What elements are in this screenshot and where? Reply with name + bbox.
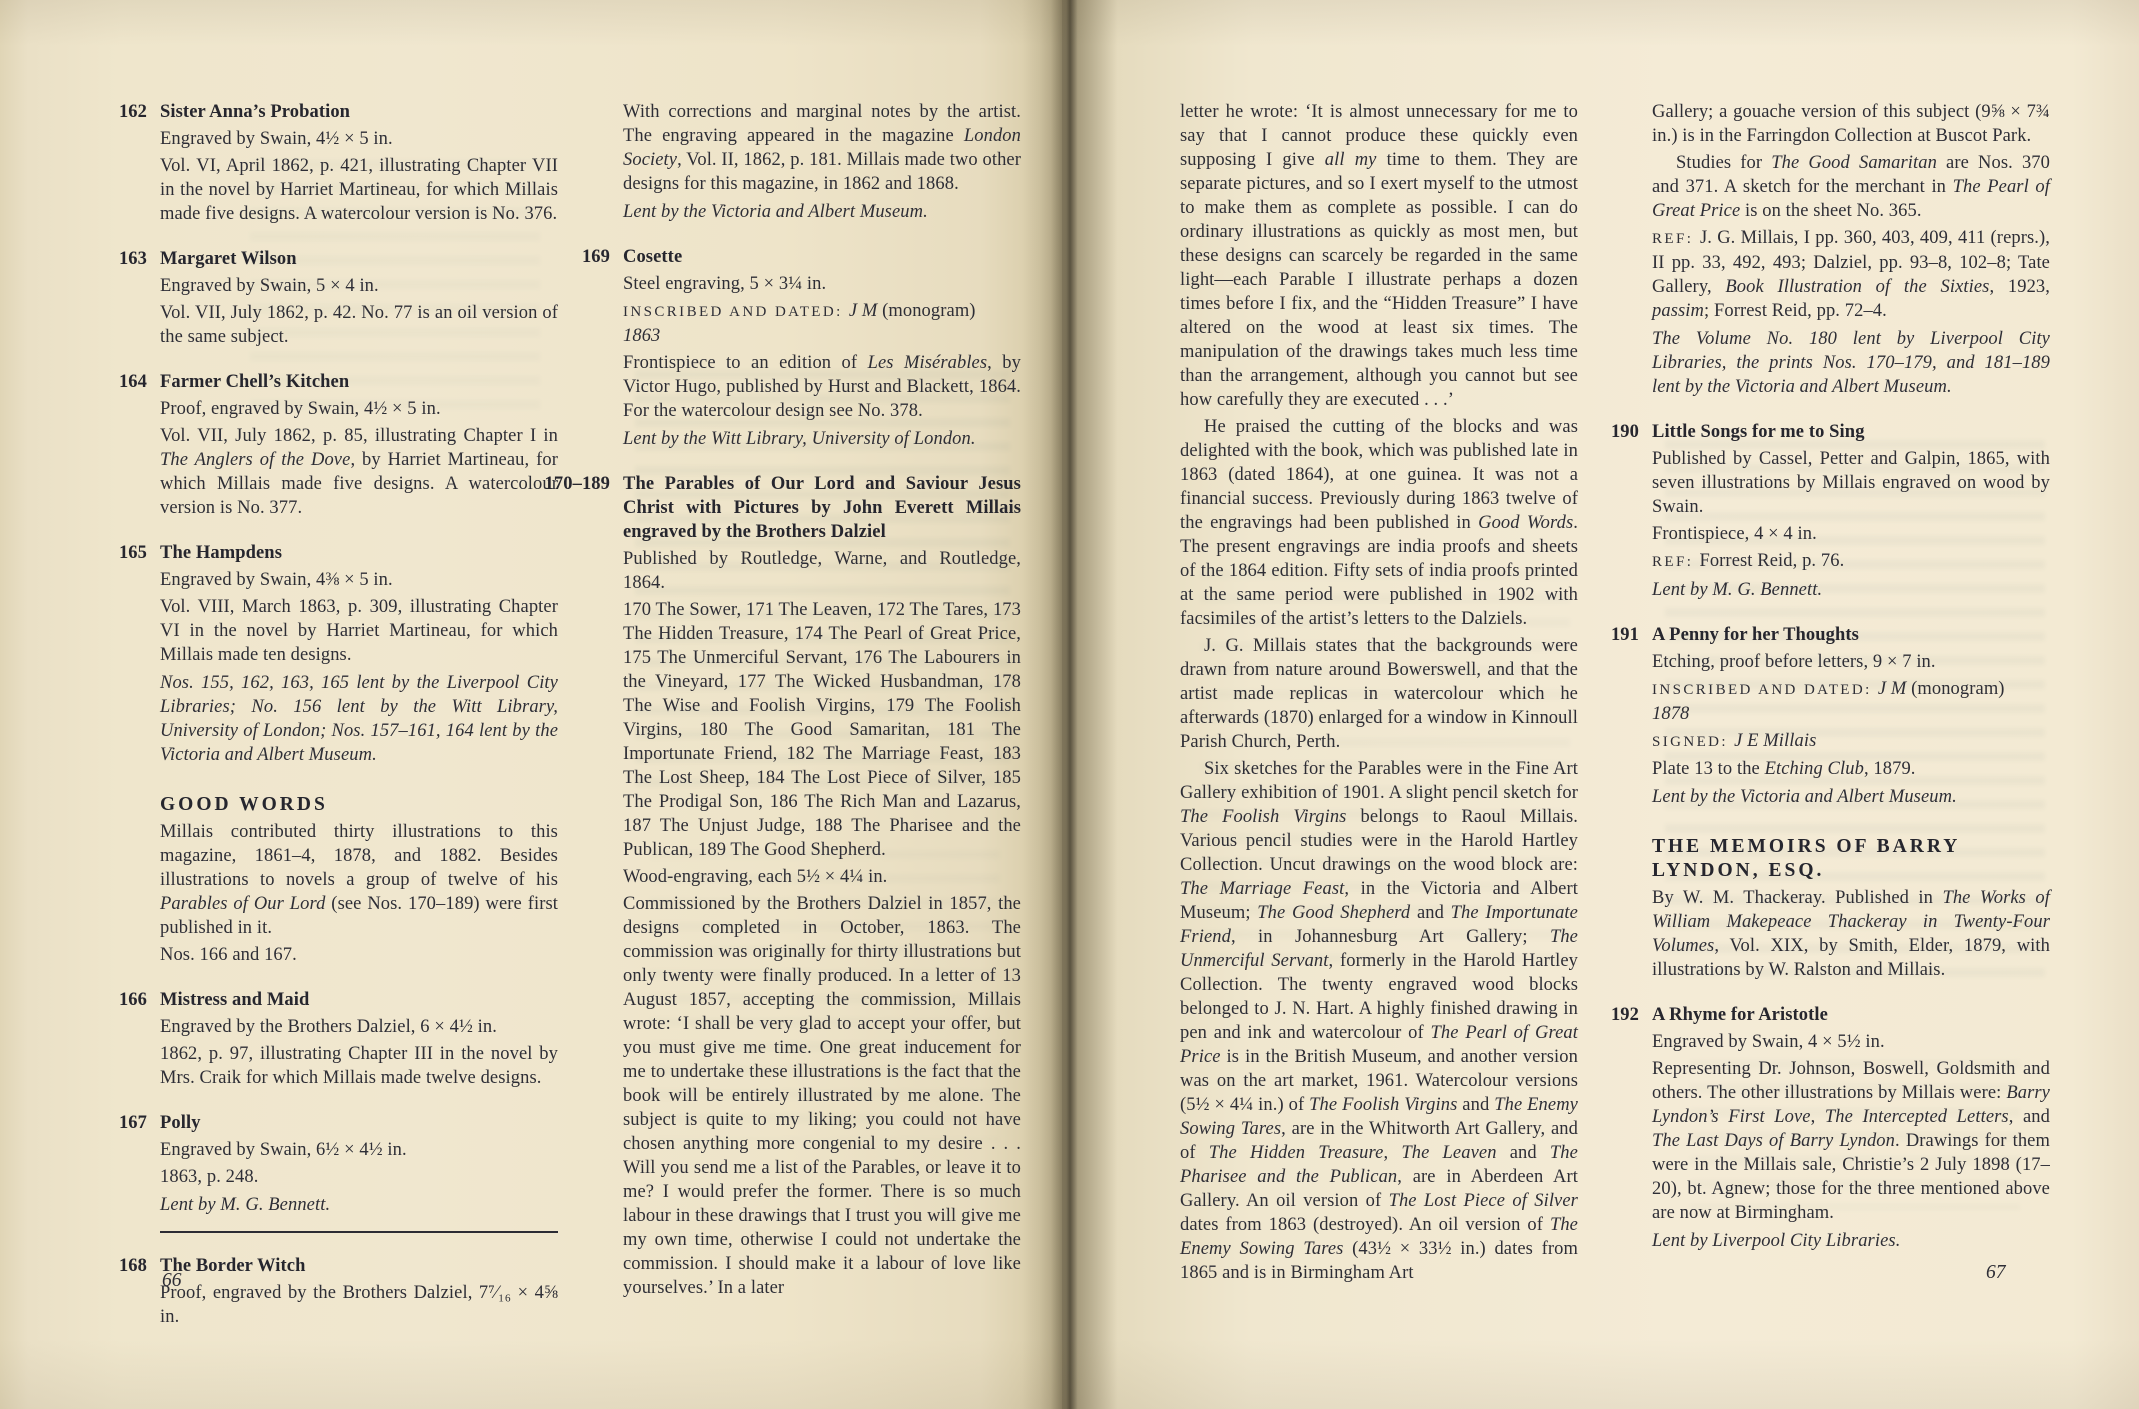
entry-heading: 163Margaret Wilson xyxy=(160,247,558,271)
paragraph: INSCRIBED AND DATED: J M (monogram) xyxy=(623,299,1021,324)
paragraph: He praised the cutting of the blocks and… xyxy=(1180,415,1578,631)
paragraph: Engraved by Swain, 4 × 5½ in. xyxy=(1652,1030,2050,1054)
credit-line: Lent by M. G. Bennett. xyxy=(160,1193,558,1217)
paragraph: Engraved by Swain, 4½ × 5 in. xyxy=(160,127,558,151)
entry-heading: 168The Border Witch xyxy=(160,1254,558,1278)
italic-text: The Works of William Makepeace Thackeray… xyxy=(1652,888,2050,956)
paragraph: Gallery; a gouache version of this subje… xyxy=(1652,100,2050,148)
entry-number: 168 xyxy=(119,1254,147,1278)
italic-text: J M xyxy=(1878,679,1907,699)
text-column-col3: letter he wrote: ‘It is almost unnecessa… xyxy=(1180,100,1578,1285)
entry-heading: 167Polly xyxy=(160,1111,558,1135)
paragraph: J. G. Millais states that the background… xyxy=(1180,634,1578,754)
paragraph: Vol. VII, July 1862, p. 42. No. 77 is an… xyxy=(160,301,558,349)
italic-text: passim xyxy=(1652,301,1704,321)
smallcaps-label: REF: xyxy=(1652,231,1700,247)
paragraph: Commissioned by the Brothers Dalziel in … xyxy=(623,892,1021,1300)
paragraph: Proof, engraved by the Brothers Dalziel,… xyxy=(160,1281,558,1329)
entry-number: 169 xyxy=(582,245,610,269)
italic-text: 1878 xyxy=(1652,704,1689,724)
text-column-col4: Gallery; a gouache version of this subje… xyxy=(1652,100,2050,1253)
paragraph: Vol. VI, April 1862, p. 421, illustratin… xyxy=(160,154,558,226)
italic-text: The Hidden Treasure xyxy=(1209,1143,1384,1163)
italic-text: The Unmerciful Servant xyxy=(1180,927,1578,971)
credit-line: Lent by the Victoria and Albert Museum. xyxy=(1652,785,2050,809)
entry-number: 166 xyxy=(119,988,147,1012)
paragraph: 1863, p. 248. xyxy=(160,1165,558,1189)
paragraph: Engraved by Swain, 5 × 4 in. xyxy=(160,274,558,298)
smallcaps-label: INSCRIBED AND DATED: xyxy=(623,304,849,320)
paragraph: With corrections and marginal notes by t… xyxy=(623,100,1021,196)
italic-text: The Good Samaritan xyxy=(1771,153,1937,173)
entry-heading: 191A Penny for her Thoughts xyxy=(1652,623,2050,647)
italic-text: Etching Club xyxy=(1765,759,1864,779)
credit-line: Lent by the Victoria and Albert Museum. xyxy=(623,200,1021,224)
entry-number: 170–189 xyxy=(545,472,610,496)
credit-line: Lent by M. G. Bennett. xyxy=(1652,578,2050,602)
credit-line: Lent by the Witt Library, University of … xyxy=(623,427,1021,451)
paragraph: letter he wrote: ‘It is almost unnecessa… xyxy=(1180,100,1578,412)
entry-number: 164 xyxy=(119,370,147,394)
italic-text: The Leaven xyxy=(1401,1143,1496,1163)
italic-text: The Last Days of Barry Lyndon xyxy=(1652,1131,1895,1151)
paragraph: Engraved by the Brothers Dalziel, 6 × 4½… xyxy=(160,1015,558,1039)
italic-text: The Good Shepherd xyxy=(1257,903,1410,923)
entry-number: 190 xyxy=(1611,420,1639,444)
entry-number: 191 xyxy=(1611,623,1639,647)
book-spread: 162Sister Anna’s ProbationEngraved by Sw… xyxy=(0,0,2139,1409)
page-number-right: 67 xyxy=(1986,1262,2006,1284)
italic-text: The Intercepted Letters xyxy=(1825,1107,2009,1127)
entry-number: 165 xyxy=(119,541,147,565)
italic-text: Book Illustration of the Sixties xyxy=(1725,277,1989,297)
paragraph: 1863 xyxy=(623,324,1021,348)
paragraph: Published by Cassel, Petter and Galpin, … xyxy=(1652,447,2050,519)
italic-text: Good Words xyxy=(1478,513,1573,533)
entry-number: 162 xyxy=(119,100,147,124)
paragraph: Proof, engraved by Swain, 4½ × 5 in. xyxy=(160,397,558,421)
italic-text: The Foolish Virgins xyxy=(1309,1095,1457,1115)
paragraph: Vol. VII, July 1862, p. 85, illustrating… xyxy=(160,424,558,520)
paragraph: Representing Dr. Johnson, Boswell, Golds… xyxy=(1652,1057,2050,1225)
paragraph: Engraved by Swain, 4⅜ × 5 in. xyxy=(160,568,558,592)
paragraph: Plate 13 to the Etching Club, 1879. xyxy=(1652,757,2050,781)
italic-text: The Enemy Sowing Tares xyxy=(1180,1215,1578,1259)
paragraph: By W. M. Thackeray. Published in The Wor… xyxy=(1652,886,2050,982)
paragraph: Vol. VIII, March 1863, p. 309, illustrat… xyxy=(160,595,558,667)
italic-text: Les Misérables xyxy=(868,353,988,373)
paragraph: Millais contributed thirty illustrations… xyxy=(160,820,558,940)
italic-text: The Marriage Feast xyxy=(1180,879,1344,899)
italic-text: Parables of Our Lord xyxy=(160,894,325,914)
note-italic: Nos. 155, 162, 163, 165 lent by the Live… xyxy=(160,671,558,767)
italic-text: London Society xyxy=(623,126,1021,170)
paragraph: INSCRIBED AND DATED: J M (monogram) xyxy=(1652,677,2050,702)
italic-text: The Foolish Virgins xyxy=(1180,807,1346,827)
paragraph: Frontispiece to an edition of Les Miséra… xyxy=(623,351,1021,423)
paragraph: Steel engraving, 5 × 3¼ in. xyxy=(623,272,1021,296)
text-column-col2: With corrections and marginal notes by t… xyxy=(623,100,1021,1300)
paragraph: Wood-engraving, each 5½ × 4¼ in. xyxy=(623,865,1021,889)
paragraph: Etching, proof before letters, 9 × 7 in. xyxy=(1652,650,2050,674)
paragraph: Six sketches for the Parables were in th… xyxy=(1180,757,1578,1285)
entry-number: 163 xyxy=(119,247,147,271)
smallcaps-label: SIGNED: xyxy=(1652,734,1734,750)
section-heading: GOOD WORDS xyxy=(160,793,558,817)
italic-text: J M xyxy=(849,301,878,321)
entry-number: 167 xyxy=(119,1111,147,1135)
italic-text: 1863 xyxy=(623,326,660,346)
entry-heading: 166Mistress and Maid xyxy=(160,988,558,1012)
paragraph: 1862, p. 97, illustrating Chapter III in… xyxy=(160,1042,558,1090)
italic-text: The Pearl of Great Price xyxy=(1180,1023,1578,1067)
entry-heading: 192A Rhyme for Aristotle xyxy=(1652,1003,2050,1027)
entry-heading: 165The Hampdens xyxy=(160,541,558,565)
smallcaps-label: REF: xyxy=(1652,554,1699,570)
paragraph: Frontispiece, 4 × 4 in. xyxy=(1652,522,2050,546)
entry-heading: 170–189The Parables of Our Lord and Savi… xyxy=(623,472,1021,544)
entry-number: 192 xyxy=(1611,1003,1639,1027)
paragraph: Published by Routledge, Warne, and Routl… xyxy=(623,547,1021,595)
paragraph: Nos. 166 and 167. xyxy=(160,943,558,967)
smallcaps-label: INSCRIBED AND DATED: xyxy=(1652,682,1878,698)
italic-text: The Anglers of the Dove xyxy=(160,450,350,470)
italic-text: all my xyxy=(1325,150,1377,170)
italic-text: The Pearl of Great Price xyxy=(1652,177,2050,221)
italic-text: The Lost Piece of Silver xyxy=(1389,1191,1578,1211)
credit-line: Lent by Liverpool City Libraries. xyxy=(1652,1229,2050,1253)
entry-heading: 162Sister Anna’s Probation xyxy=(160,100,558,124)
text-column-col1: 162Sister Anna’s ProbationEngraved by Sw… xyxy=(160,100,558,1329)
paragraph: SIGNED: J E Millais xyxy=(1652,729,2050,754)
entry-heading: 169Cosette xyxy=(623,245,1021,269)
paragraph: REF: J. G. Millais, I pp. 360, 403, 409,… xyxy=(1652,226,2050,323)
divider-rule xyxy=(160,1231,558,1233)
entry-heading: 190Little Songs for me to Sing xyxy=(1652,420,2050,444)
note-italic: The Volume No. 180 lent by Liverpool Cit… xyxy=(1652,327,2050,399)
paragraph: 1878 xyxy=(1652,702,2050,726)
paragraph: Engraved by Swain, 6½ × 4½ in. xyxy=(160,1138,558,1162)
section-heading: THE MEMOIRS OF BARRY LYNDON, ESQ. xyxy=(1652,835,2050,883)
paragraph: Studies for The Good Samaritan are Nos. … xyxy=(1652,151,2050,223)
paragraph: 170 The Sower, 171 The Leaven, 172 The T… xyxy=(623,598,1021,862)
paragraph: REF: Forrest Reid, p. 76. xyxy=(1652,549,2050,574)
italic-text: J E Millais xyxy=(1734,731,1816,751)
entry-heading: 164Farmer Chell’s Kitchen xyxy=(160,370,558,394)
page-number-left: 66 xyxy=(162,1270,182,1292)
